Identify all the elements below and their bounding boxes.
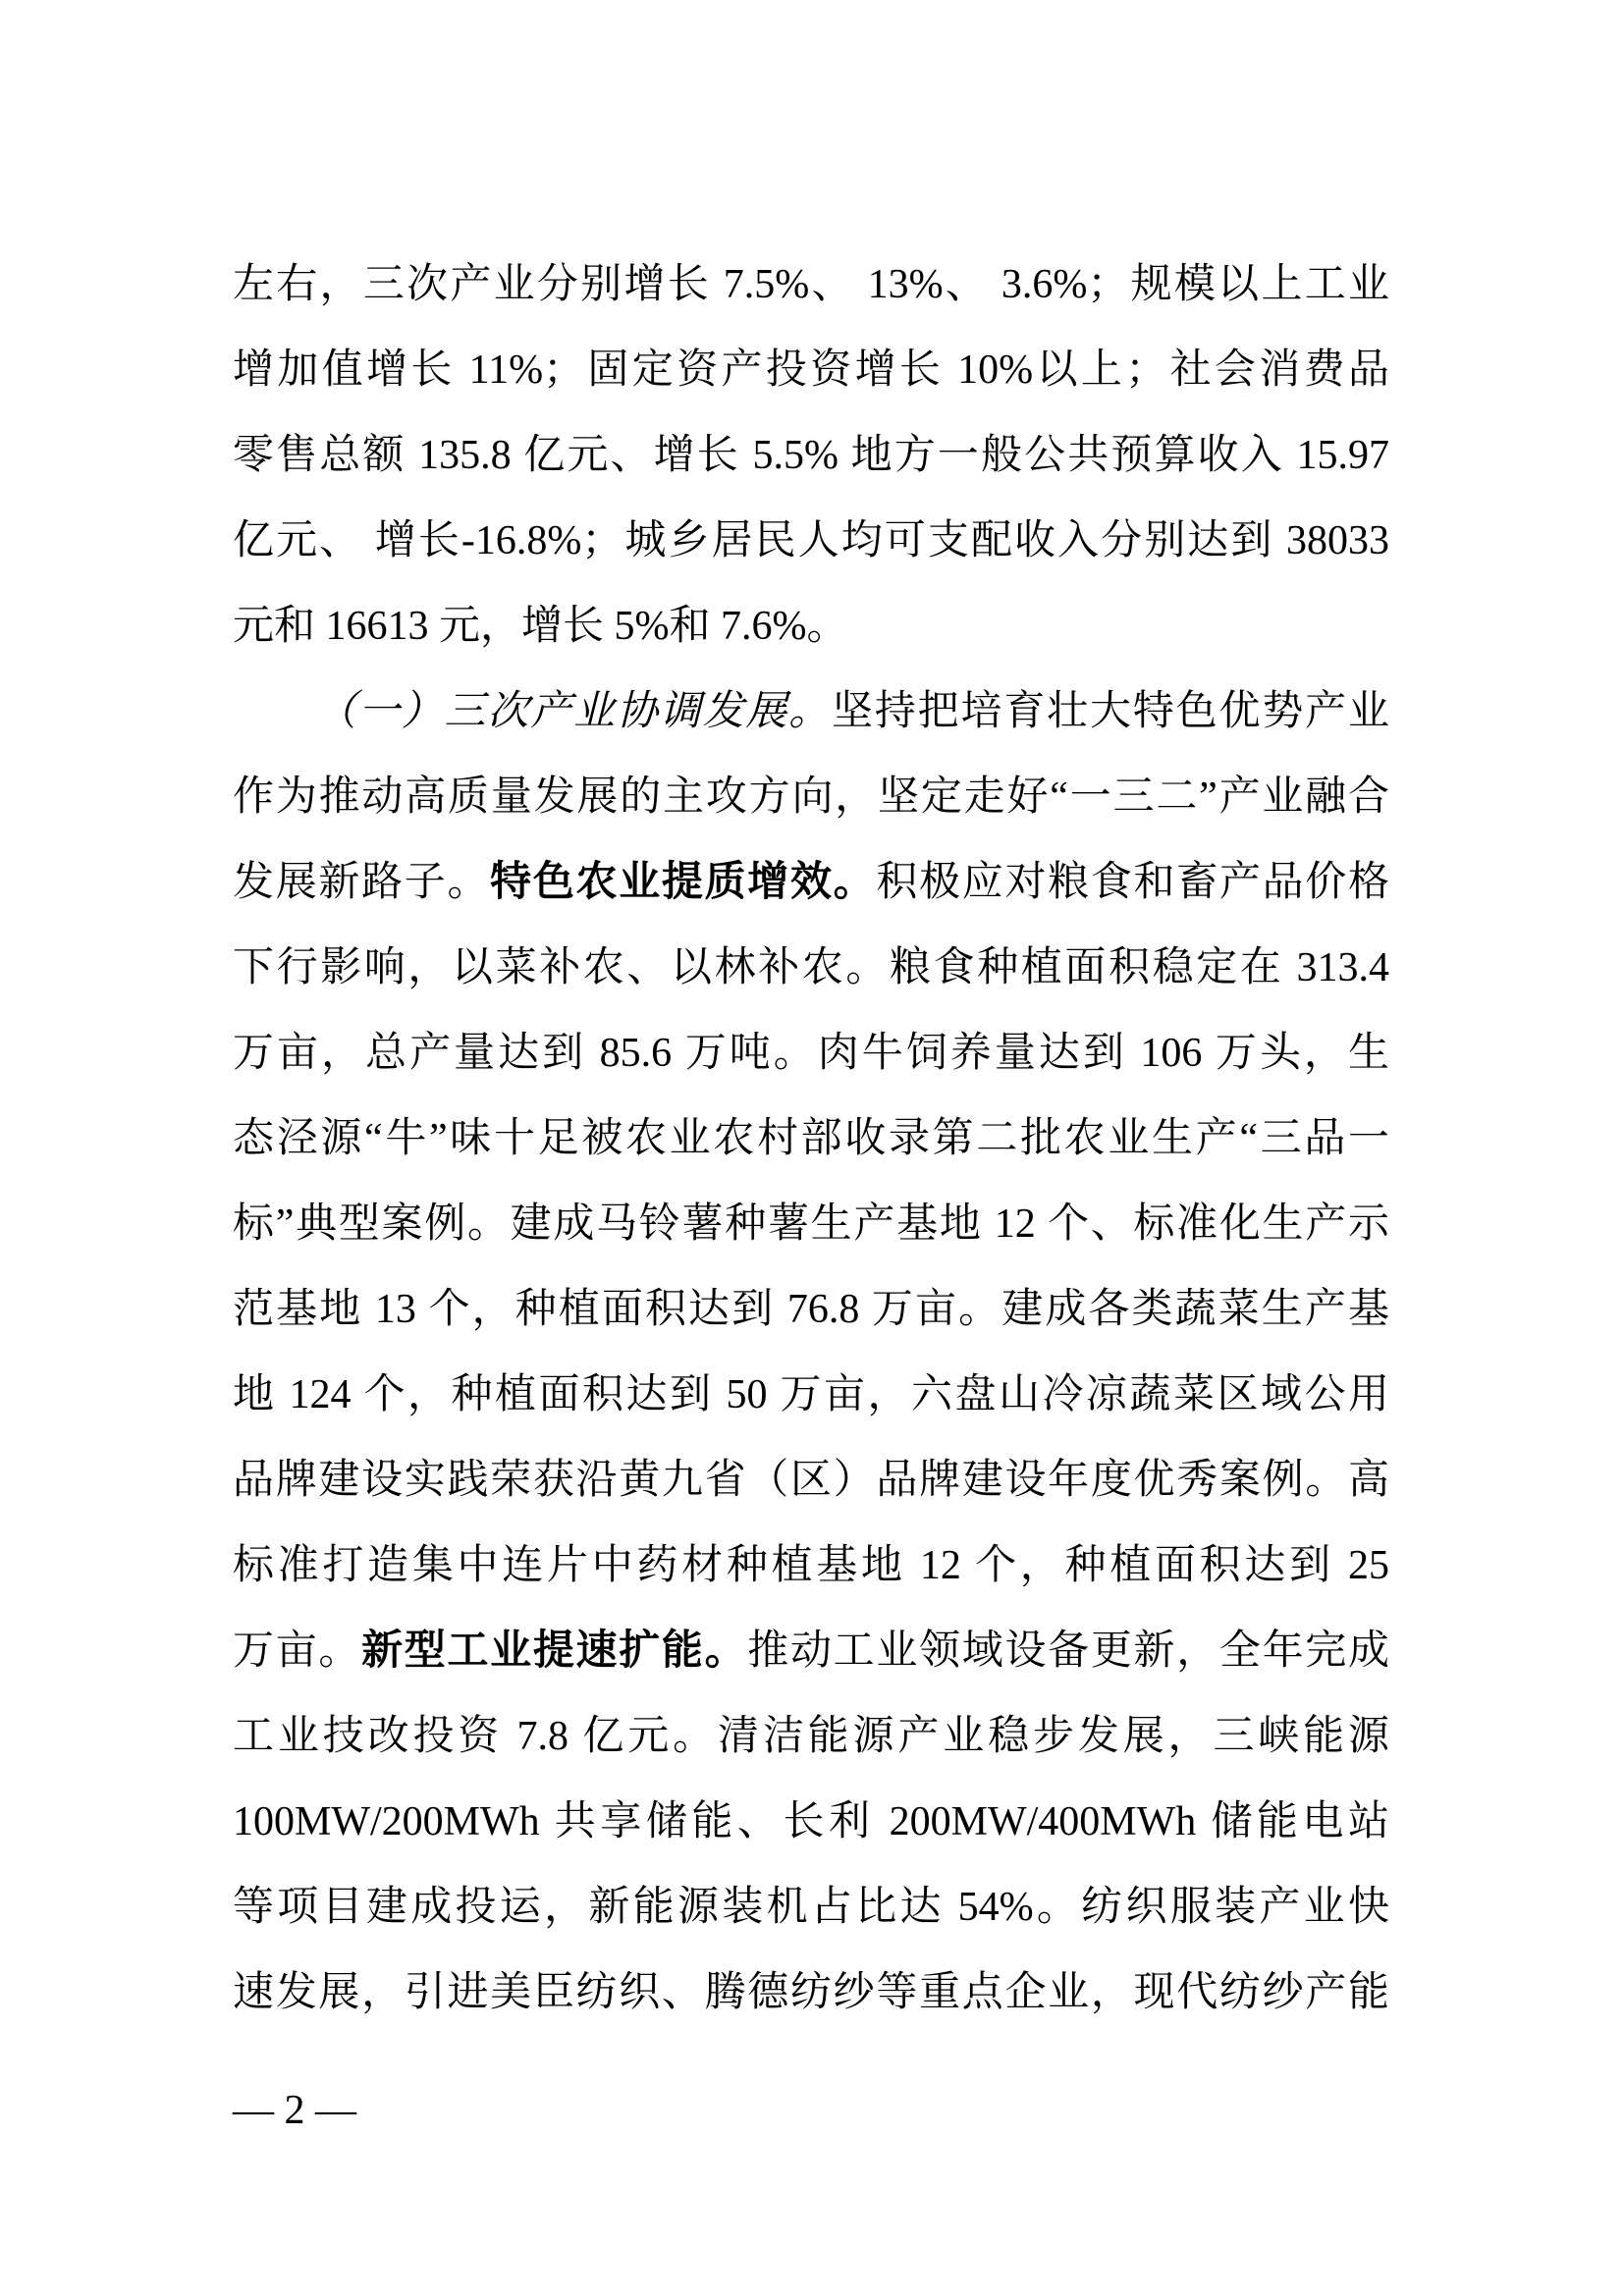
text-line-5: 元和 16613 元，增长 5%和 7.6%。 bbox=[233, 584, 1389, 669]
text-line-11: 态泾源“牛”味十足被农业农村部收录第二批农业生产“三品一 bbox=[233, 1096, 1389, 1182]
text-line-7: 作为推动高质量发展的主攻方向，坚定走好“一三二”产业融合 bbox=[233, 755, 1389, 840]
text-segment: 地 124 个，种植面积达到 50 万亩，六盘山冷凉蔬菜区域公用 bbox=[233, 1372, 1389, 1417]
page-number: — 2 — bbox=[233, 2085, 356, 2136]
text-segment: 标准打造集中连片中药材种植基地 12 个，种植面积达到 25 bbox=[233, 1543, 1389, 1588]
text-segment: 左右，三次产业分别增长 7.5%、 13%、 3.6%；规模以上工业 bbox=[233, 262, 1389, 307]
text-segment: 零售总额 135.8 亿元、增长 5.5% 地方一般公共预算收入 15.97 bbox=[233, 433, 1389, 478]
text-segment: 态泾源“牛”味十足被农业农村部收录第二批农业生产“三品一 bbox=[233, 1116, 1389, 1161]
text-line-21: 速发展，引进美臣纺织、腾德纺纱等重点企业，现代纺纱产能 bbox=[233, 1950, 1389, 2036]
text-line-19: 100MW/200MWh 共享储能、长利 200MW/400MWh 储能电站 bbox=[233, 1780, 1389, 1865]
text-line-8: 发展新路子。特色农业提质增效。积极应对粮食和畜产品价格 bbox=[233, 840, 1389, 926]
text-line-10: 万亩，总产量达到 85.6 万吨。肉牛饲养量达到 106 万头，生 bbox=[233, 1011, 1389, 1096]
text-line-16: 标准打造集中连片中药材种植基地 12 个，种植面积达到 25 bbox=[233, 1523, 1389, 1609]
text-line-1: 左右，三次产业分别增长 7.5%、 13%、 3.6%；规模以上工业 bbox=[233, 242, 1389, 328]
text-segment: 发展新路子。 bbox=[233, 860, 490, 905]
text-segment: 增加值增长 11%；固定资产投资增长 10%以上；社会消费品 bbox=[233, 347, 1389, 393]
text-line-15: 品牌建设实践荣获沿黄九省（区）品牌建设年度优秀案例。高 bbox=[233, 1438, 1389, 1523]
text-line-17: 万亩。新型工业提速扩能。推动工业领域设备更新，全年完成 bbox=[233, 1609, 1389, 1694]
text-segment: 推动工业领域设备更新，全年完成 bbox=[747, 1629, 1389, 1674]
text-segment: 作为推动高质量发展的主攻方向，坚定走好“一三二”产业融合 bbox=[233, 774, 1389, 820]
text-segment: 亿元、 增长-16.8%；城乡居民人均可支配收入分别达到 38033 bbox=[233, 518, 1389, 563]
text-line-3: 零售总额 135.8 亿元、增长 5.5% 地方一般公共预算收入 15.97 bbox=[233, 413, 1389, 499]
text-line-18: 工业技改投资 7.8 亿元。清洁能源产业稳步发展，三峡能源 bbox=[233, 1694, 1389, 1780]
text-segment: 元和 16613 元，增长 5%和 7.6%。 bbox=[233, 604, 847, 649]
text-segment: 工业技改投资 7.8 亿元。清洁能源产业稳步发展，三峡能源 bbox=[233, 1714, 1389, 1759]
text-segment: 万亩。 bbox=[233, 1629, 361, 1674]
text-segment: 速发展，引进美臣纺织、腾德纺纱等重点企业，现代纺纱产能 bbox=[233, 1970, 1389, 2015]
text-segment: 范基地 13 个，种植面积达到 76.8 万亩。建成各类蔬菜生产基 bbox=[233, 1287, 1389, 1332]
text-line-9: 下行影响，以菜补农、以林补农。粮食种植面积稳定在 313.4 bbox=[233, 926, 1389, 1011]
text-segment: 等项目建成投运，新能源装机占比达 54%。纺织服装产业快 bbox=[233, 1885, 1389, 1930]
text-segment: 标”典型案例。建成马铃薯种薯生产基地 12 个、标准化生产示 bbox=[233, 1201, 1389, 1247]
text-segment: 万亩，总产量达到 85.6 万吨。肉牛饲养量达到 106 万头，生 bbox=[233, 1031, 1389, 1076]
text-segment: 积极应对粮食和畜产品价格 bbox=[876, 860, 1389, 905]
text-line-4: 亿元、 增长-16.8%；城乡居民人均可支配收入分别达到 38033 bbox=[233, 499, 1389, 584]
text-line-14: 地 124 个，种植面积达到 50 万亩，六盘山冷凉蔬菜区域公用 bbox=[233, 1353, 1389, 1438]
text-line-12: 标”典型案例。建成马铃薯种薯生产基地 12 个、标准化生产示 bbox=[233, 1182, 1389, 1267]
body-text: 左右，三次产业分别增长 7.5%、 13%、 3.6%；规模以上工业增加值增长 … bbox=[233, 242, 1389, 2036]
text-segment: 特色农业提质增效。 bbox=[490, 860, 876, 905]
text-segment: 下行影响，以菜补农、以林补农。粮食种植面积稳定在 313.4 bbox=[233, 945, 1389, 990]
text-line-6: （一）三次产业协调发展。坚持把培育壮大特色优势产业 bbox=[233, 669, 1389, 755]
text-segment: 新型工业提速扩能。 bbox=[361, 1629, 747, 1674]
text-line-2: 增加值增长 11%；固定资产投资增长 10%以上；社会消费品 bbox=[233, 328, 1389, 413]
text-line-13: 范基地 13 个，种植面积达到 76.8 万亩。建成各类蔬菜生产基 bbox=[233, 1267, 1389, 1353]
text-line-20: 等项目建成投运，新能源装机占比达 54%。纺织服装产业快 bbox=[233, 1865, 1389, 1950]
text-segment: （一）三次产业协调发展。 bbox=[315, 689, 832, 734]
text-segment: 坚持把培育壮大特色优势产业 bbox=[832, 689, 1389, 734]
text-segment: 100MW/200MWh 共享储能、长利 200MW/400MWh 储能电站 bbox=[233, 1799, 1389, 1844]
text-segment: 品牌建设实践荣获沿黄九省（区）品牌建设年度优秀案例。高 bbox=[233, 1458, 1389, 1503]
document-page: 左右，三次产业分别增长 7.5%、 13%、 3.6%；规模以上工业增加值增长 … bbox=[0, 0, 1623, 2296]
